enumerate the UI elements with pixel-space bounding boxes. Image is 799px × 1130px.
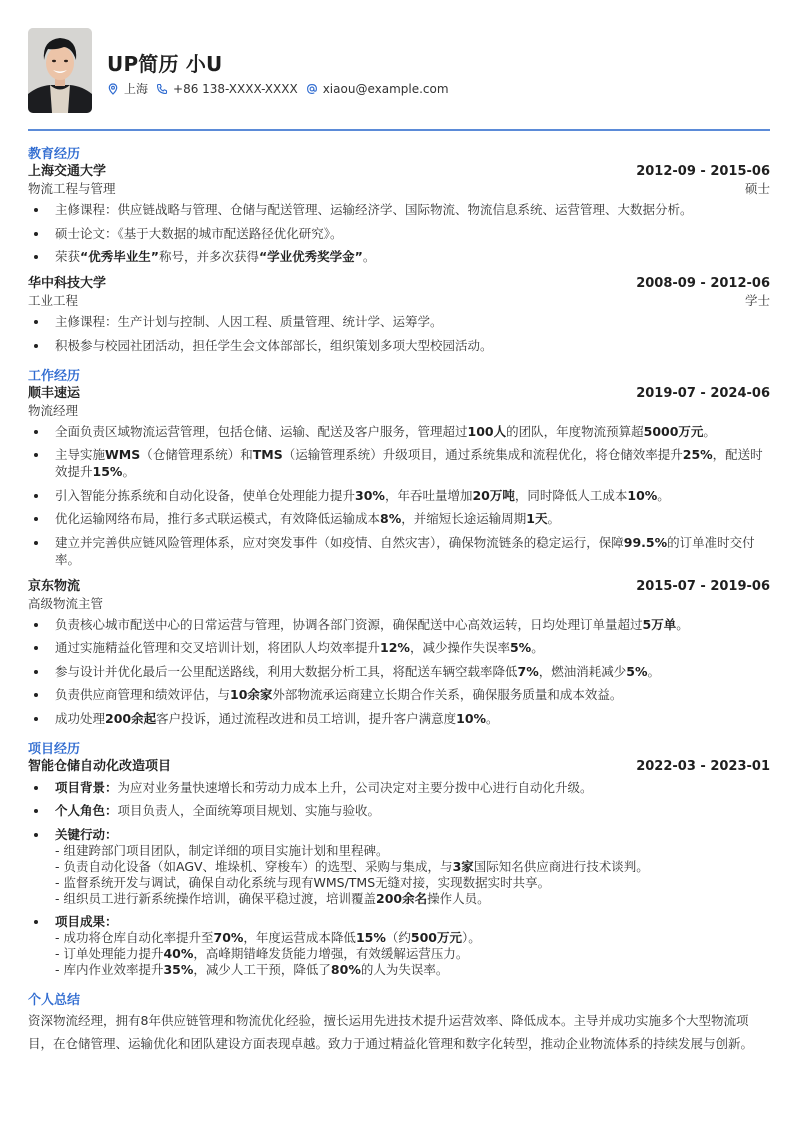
list-item: 参与设计并优化最后一公里配送路线，利用大数据分析工具，将配送车辆空载率降低7%，… (28, 663, 770, 680)
entry-item: 顺丰速运2019-07 - 2024-06物流经理全面负责区域物流运营管理，包括… (28, 385, 770, 568)
emphasis-text: 5% (626, 664, 647, 679)
text-run: 。 (363, 249, 376, 264)
text-run: 参与设计并优化最后一公里配送路线，利用大数据分析工具，将配送车辆空载率降低 (55, 664, 518, 679)
emphasis-text: 5万单 (643, 617, 677, 632)
emphasis-text: 100人 (468, 424, 507, 439)
text-run: ，年吞吐量增加 (385, 488, 473, 503)
emphasis-text: 99.5% (624, 535, 667, 550)
text-run: - 成功将仓库自动化率提升至 (55, 930, 214, 945)
emphasis-text: 关键行动： (55, 827, 118, 842)
location-text: 上海 (124, 80, 148, 97)
list-item: 主导实施WMS（仓储管理系统）和TMS（运输管理系统）升级项目，通过系统集成和流… (28, 446, 770, 480)
emphasis-text: 5% (510, 640, 531, 655)
emphasis-text: 10余家 (230, 687, 272, 702)
projects-list: 智能仓储自动化改造项目2022-03 - 2023-01项目背景：为应对业务量快… (28, 758, 770, 979)
entry-header: 京东物流2015-07 - 2019-06 (28, 578, 770, 595)
text-run: 主修课程：供应链战略与管理、仓储与配送管理、运输经济学、国际物流、物流信息系统、… (55, 202, 693, 217)
text-run: （运输管理系统）升级项目，通过系统集成和流程优化，将仓储效率提升 (283, 447, 683, 462)
resume-header: UP简历 小U 上海 +86 138-XXXX-XXXX xiaou@examp… (28, 0, 770, 130)
sub-item: - 订单处理能力提升40%，高峰期错峰发货能力增强，有效缓解运营压力。 (55, 946, 770, 962)
section-title-summary: 个人总结 (28, 992, 770, 1009)
entry-subtitle-row: 物流工程与管理硕士 (28, 180, 770, 197)
text-run: - 库内作业效率提升 (55, 962, 163, 977)
list-item: 成功处理200余起客户投诉，通过流程改进和员工培训，提升客户满意度10%。 (28, 710, 770, 727)
list-item: 通过实施精益化管理和交叉培训计划，将团队人均效率提升12%，减少操作失误率5%。 (28, 639, 770, 656)
text-run: 引入智能分拣系统和自动化设备，使单仓处理能力提升 (55, 488, 355, 503)
text-run: 主修课程：生产计划与控制、人因工程、质量管理、统计学、运筹学。 (55, 314, 443, 329)
emphasis-text: 10% (456, 711, 486, 726)
projects-section: 项目经历 智能仓储自动化改造项目2022-03 - 2023-01项目背景：为应… (28, 741, 770, 979)
entry-title: 顺丰速运 (28, 385, 80, 402)
emphasis-text: “学业优秀奖学金” (259, 249, 363, 264)
emphasis-text: 30% (355, 488, 385, 503)
avatar (28, 28, 92, 113)
text-run: 负责供应商管理和绩效评估，与 (55, 687, 230, 702)
bullet-list: 全面负责区域物流运营管理，包括仓储、运输、配送及客户服务，管理超过100人的团队… (28, 423, 770, 568)
entry-subtitle: 工业工程 (28, 292, 78, 309)
text-run: 的人为失误率。 (361, 962, 449, 977)
text-run: 。 (531, 640, 544, 655)
bullet-list: 项目背景：为应对业务量快速增长和劳动力成本上升，公司决定对主要分拨中心进行自动化… (28, 779, 770, 979)
entry-dates: 2008-09 - 2012-06 (636, 275, 770, 292)
text-run: （约 (386, 930, 411, 945)
text-run: 成功处理 (55, 711, 105, 726)
emphasis-text: 项目背景： (55, 780, 118, 795)
entry-item: 华中科技大学2008-09 - 2012-06工业工程学士主修课程：生产计划与控… (28, 275, 770, 354)
work-section: 工作经历 顺丰速运2019-07 - 2024-06物流经理全面负责区域物流运营… (28, 368, 770, 727)
text-run: 荣获 (55, 249, 80, 264)
list-item: 主修课程：生产计划与控制、人因工程、质量管理、统计学、运筹学。 (28, 313, 770, 330)
text-run: 积极参与校园社团活动，担任学生会文体部部长，组织策划多项大型校园活动。 (55, 338, 493, 353)
bullet-list: 主修课程：生产计划与控制、人因工程、质量管理、统计学、运筹学。积极参与校园社团活… (28, 313, 770, 354)
text-run: （仓储管理系统）和 (140, 447, 253, 462)
candidate-name: UP简历 小U (107, 48, 223, 77)
emphasis-text: TMS (253, 447, 283, 462)
text-run: ，减少操作失误率 (410, 640, 510, 655)
resume-page: UP简历 小U 上海 +86 138-XXXX-XXXX xiaou@examp… (28, 0, 770, 1055)
text-run: ，年度运营成本降低 (243, 930, 356, 945)
text-run: 。 (676, 617, 689, 632)
text-run: 操作人员。 (427, 891, 490, 906)
text-run: 客户投诉，通过流程改进和员工培训，提升客户满意度 (156, 711, 456, 726)
entry-title: 上海交通大学 (28, 163, 106, 180)
emphasis-text: 15% (93, 464, 123, 479)
text-run: ，减少人工干预，降低了 (193, 962, 331, 977)
emphasis-text: 35% (163, 962, 193, 977)
text-run: 。 (486, 711, 499, 726)
entry-title: 华中科技大学 (28, 275, 106, 292)
entry-subtitle: 物流工程与管理 (28, 180, 116, 197)
entry-subtitle: 高级物流主管 (28, 595, 103, 612)
text-run: 项目负责人，全面统筹项目规划、实施与验收。 (118, 803, 381, 818)
header-divider (28, 129, 770, 131)
sub-item: - 成功将仓库自动化率提升至70%，年度运营成本降低15%（约500万元）。 (55, 930, 770, 946)
emphasis-text: 40% (163, 946, 193, 961)
entry-subtitle-row: 高级物流主管 (28, 595, 770, 612)
phone-text: +86 138-XXXX-XXXX (173, 82, 298, 96)
list-item: 个人角色：项目负责人，全面统筹项目规划、实施与验收。 (28, 802, 770, 819)
entry-subtitle: 物流经理 (28, 402, 78, 419)
at-email-icon (306, 83, 318, 95)
list-item: 优化运输网络布局，推行多式联运模式，有效降低运输成本8%，并缩短长途运输周期1天… (28, 510, 770, 527)
entry-dates: 2012-09 - 2015-06 (636, 163, 770, 180)
list-item: 积极参与校园社团活动，担任学生会文体部部长，组织策划多项大型校园活动。 (28, 337, 770, 354)
emphasis-text: 3家 (453, 859, 474, 874)
emphasis-text: 10% (627, 488, 657, 503)
text-run: - 组建跨部门项目团队，制定详细的项目实施计划和里程碑。 (55, 843, 389, 858)
emphasis-text: 7% (518, 664, 539, 679)
text-run: 全面负责区域物流运营管理，包括仓储、运输、配送及客户服务，管理超过 (55, 424, 468, 439)
section-title-projects: 项目经历 (28, 741, 770, 758)
entry-header: 华中科技大学2008-09 - 2012-06 (28, 275, 770, 292)
sub-item: - 监督系统开发与调试，确保自动化系统与现有WMS/TMS无缝对接，实现数据实时… (55, 875, 770, 891)
text-run: 为应对业务量快速增长和劳动力成本上升，公司决定对主要分拨中心进行自动化升级。 (118, 780, 593, 795)
entry-dates: 2019-07 - 2024-06 (636, 385, 770, 402)
entry-header: 智能仓储自动化改造项目2022-03 - 2023-01 (28, 758, 770, 775)
emphasis-text: 12% (380, 640, 410, 655)
list-item: 建立并完善供应链风险管理体系，应对突发事件（如疫情、自然灾害），确保物流链条的稳… (28, 534, 770, 568)
sub-item: - 组织员工进行新系统操作培训，确保平稳过渡，培训覆盖200余名操作人员。 (55, 891, 770, 907)
entry-header: 顺丰速运2019-07 - 2024-06 (28, 385, 770, 402)
avatar-photo-icon (28, 28, 92, 113)
entry-title: 京东物流 (28, 578, 80, 595)
entry-subtitle-row: 物流经理 (28, 402, 770, 419)
text-run: - 组织员工进行新系统操作培训，确保平稳过渡，培训覆盖 (55, 891, 376, 906)
contact-email[interactable]: xiaou@example.com (306, 82, 449, 96)
phone-icon (156, 83, 168, 95)
text-run: 硕士论文：《基于大数据的城市配送路径优化研究》。 (55, 226, 343, 241)
contact-phone[interactable]: +86 138-XXXX-XXXX (156, 82, 298, 96)
list-item: 主修课程：供应链战略与管理、仓储与配送管理、运输经济学、国际物流、物流信息系统、… (28, 201, 770, 218)
list-item: 硕士论文：《基于大数据的城市配送路径优化研究》。 (28, 225, 770, 242)
bullet-list: 负责核心城市配送中心的日常运营与管理，协调各部门资源，确保配送中心高效运转，日均… (28, 616, 770, 727)
emphasis-text: 200余名 (376, 891, 427, 906)
emphasis-text: 15% (356, 930, 386, 945)
email-text: xiaou@example.com (323, 82, 449, 96)
text-run: 。 (547, 511, 560, 526)
emphasis-text: 20万吨 (472, 488, 514, 503)
entry-subtitle-row: 工业工程学士 (28, 292, 770, 309)
text-run: 外部物流承运商建立长期合作关系，确保服务质量和成本效益。 (272, 687, 622, 702)
text-run: 优化运输网络布局，推行多式联运模式，有效降低运输成本 (55, 511, 380, 526)
text-run: 国际知名供应商进行技术谈判。 (474, 859, 649, 874)
text-run: - 监督系统开发与调试，确保自动化系统与现有WMS/TMS无缝对接，实现数据实时… (55, 875, 550, 890)
emphasis-text: 个人角色： (55, 803, 118, 818)
emphasis-text: WMS (105, 447, 140, 462)
summary-text: 资深物流经理，拥有8年供应链管理和物流优化经验，擅长运用先进技术提升运营效率、降… (28, 1009, 770, 1055)
emphasis-text: “优秀毕业生” (80, 249, 159, 264)
section-title-work: 工作经历 (28, 368, 770, 385)
education-section: 教育经历 上海交通大学2012-09 - 2015-06物流工程与管理硕士主修课… (28, 146, 770, 354)
emphasis-text: 8% (380, 511, 401, 526)
entry-item: 上海交通大学2012-09 - 2015-06物流工程与管理硕士主修课程：供应链… (28, 163, 770, 265)
emphasis-text: 200余起 (105, 711, 156, 726)
text-run: 主导实施 (55, 447, 105, 462)
emphasis-text: 5000万元 (644, 424, 704, 439)
text-run: 通过实施精益化管理和交叉培训计划，将团队人均效率提升 (55, 640, 380, 655)
sub-item: - 组建跨部门项目团队，制定详细的项目实施计划和里程碑。 (55, 843, 770, 859)
text-run: ，同时降低人工成本 (515, 488, 628, 503)
list-item: 关键行动：- 组建跨部门项目团队，制定详细的项目实施计划和里程碑。- 负责自动化… (28, 826, 770, 907)
text-run: ，并缩短长途运输周期 (401, 511, 526, 526)
contact-location: 上海 (107, 80, 148, 97)
text-run: 称号，并多次获得 (159, 249, 259, 264)
emphasis-text: 25% (683, 447, 713, 462)
location-pin-icon (107, 83, 119, 95)
emphasis-text: 1天 (526, 511, 547, 526)
contact-list: 上海 +86 138-XXXX-XXXX xiaou@example.com (107, 80, 457, 97)
entry-item: 京东物流2015-07 - 2019-06高级物流主管负责核心城市配送中心的日常… (28, 578, 770, 727)
list-item: 项目背景：为应对业务量快速增长和劳动力成本上升，公司决定对主要分拨中心进行自动化… (28, 779, 770, 796)
list-item: 项目成果：- 成功将仓库自动化率提升至70%，年度运营成本降低15%（约500万… (28, 913, 770, 978)
entry-header: 上海交通大学2012-09 - 2015-06 (28, 163, 770, 180)
entry-item: 智能仓储自动化改造项目2022-03 - 2023-01项目背景：为应对业务量快… (28, 758, 770, 979)
entry-degree: 硕士 (745, 180, 770, 197)
list-item: 引入智能分拣系统和自动化设备，使单仓处理能力提升30%，年吞吐量增加20万吨，同… (28, 487, 770, 504)
sub-item: - 库内作业效率提升35%，减少人工干预，降低了80%的人为失误率。 (55, 962, 770, 978)
summary-section: 个人总结 资深物流经理，拥有8年供应链管理和物流优化经验，擅长运用先进技术提升运… (28, 992, 770, 1055)
list-item: 全面负责区域物流运营管理，包括仓储、运输、配送及客户服务，管理超过100人的团队… (28, 423, 770, 440)
sub-item: - 负责自动化设备（如AGV、堆垛机、穿梭车）的选型、采购与集成，与3家国际知名… (55, 859, 770, 875)
text-run: 的团队，年度物流预算超 (506, 424, 644, 439)
section-title-education: 教育经历 (28, 146, 770, 163)
text-run: - 订单处理能力提升 (55, 946, 163, 961)
education-list: 上海交通大学2012-09 - 2015-06物流工程与管理硕士主修课程：供应链… (28, 163, 770, 354)
list-item: 负责供应商管理和绩效评估，与10余家外部物流承运商建立长期合作关系，确保服务质量… (28, 686, 770, 703)
text-run: 。 (703, 424, 716, 439)
entry-dates: 2022-03 - 2023-01 (636, 758, 770, 775)
emphasis-text: 70% (214, 930, 244, 945)
text-run: 建立并完善供应链风险管理体系，应对突发事件（如疫情、自然灾害），确保物流链条的稳… (55, 535, 624, 550)
text-run: - 负责自动化设备（如AGV、堆垛机、穿梭车）的选型、采购与集成，与 (55, 859, 453, 874)
work-list: 顺丰速运2019-07 - 2024-06物流经理全面负责区域物流运营管理，包括… (28, 385, 770, 727)
text-run: 负责核心城市配送中心的日常运营与管理，协调各部门资源，确保配送中心高效运转，日均… (55, 617, 643, 632)
text-run: 。 (122, 464, 135, 479)
text-run: ，燃油消耗减少 (539, 664, 627, 679)
text-run: ）。 (462, 930, 481, 945)
list-item: 负责核心城市配送中心的日常运营与管理，协调各部门资源，确保配送中心高效运转，日均… (28, 616, 770, 633)
bullet-list: 主修课程：供应链战略与管理、仓储与配送管理、运输经济学、国际物流、物流信息系统、… (28, 201, 770, 265)
emphasis-text: 500万元 (411, 930, 462, 945)
entry-title: 智能仓储自动化改造项目 (28, 758, 171, 775)
text-run: 。 (648, 664, 661, 679)
entry-dates: 2015-07 - 2019-06 (636, 578, 770, 595)
emphasis-text: 项目成果： (55, 914, 118, 929)
emphasis-text: 80% (331, 962, 361, 977)
text-run: ，高峰期错峰发货能力增强，有效缓解运营压力。 (193, 946, 468, 961)
entry-degree: 学士 (745, 292, 770, 309)
list-item: 荣获“优秀毕业生”称号，并多次获得“学业优秀奖学金”。 (28, 248, 770, 265)
text-run: 。 (657, 488, 670, 503)
